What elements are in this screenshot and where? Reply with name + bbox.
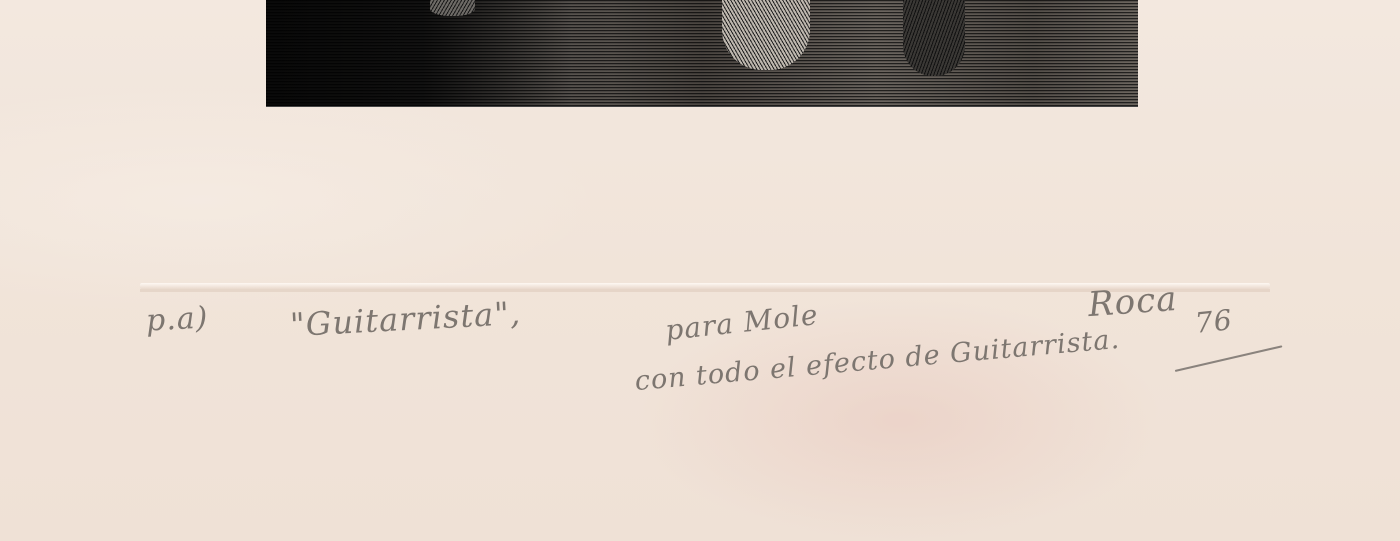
edition-notation: p.a) — [145, 300, 209, 338]
etched-foot-left — [722, 0, 810, 70]
etched-foot-right — [903, 0, 965, 76]
etched-shadow — [266, 0, 1138, 106]
signature-year: 76 — [1193, 303, 1234, 340]
artist-signature: Roca — [1087, 279, 1179, 325]
etched-foot-hint — [430, 0, 475, 16]
